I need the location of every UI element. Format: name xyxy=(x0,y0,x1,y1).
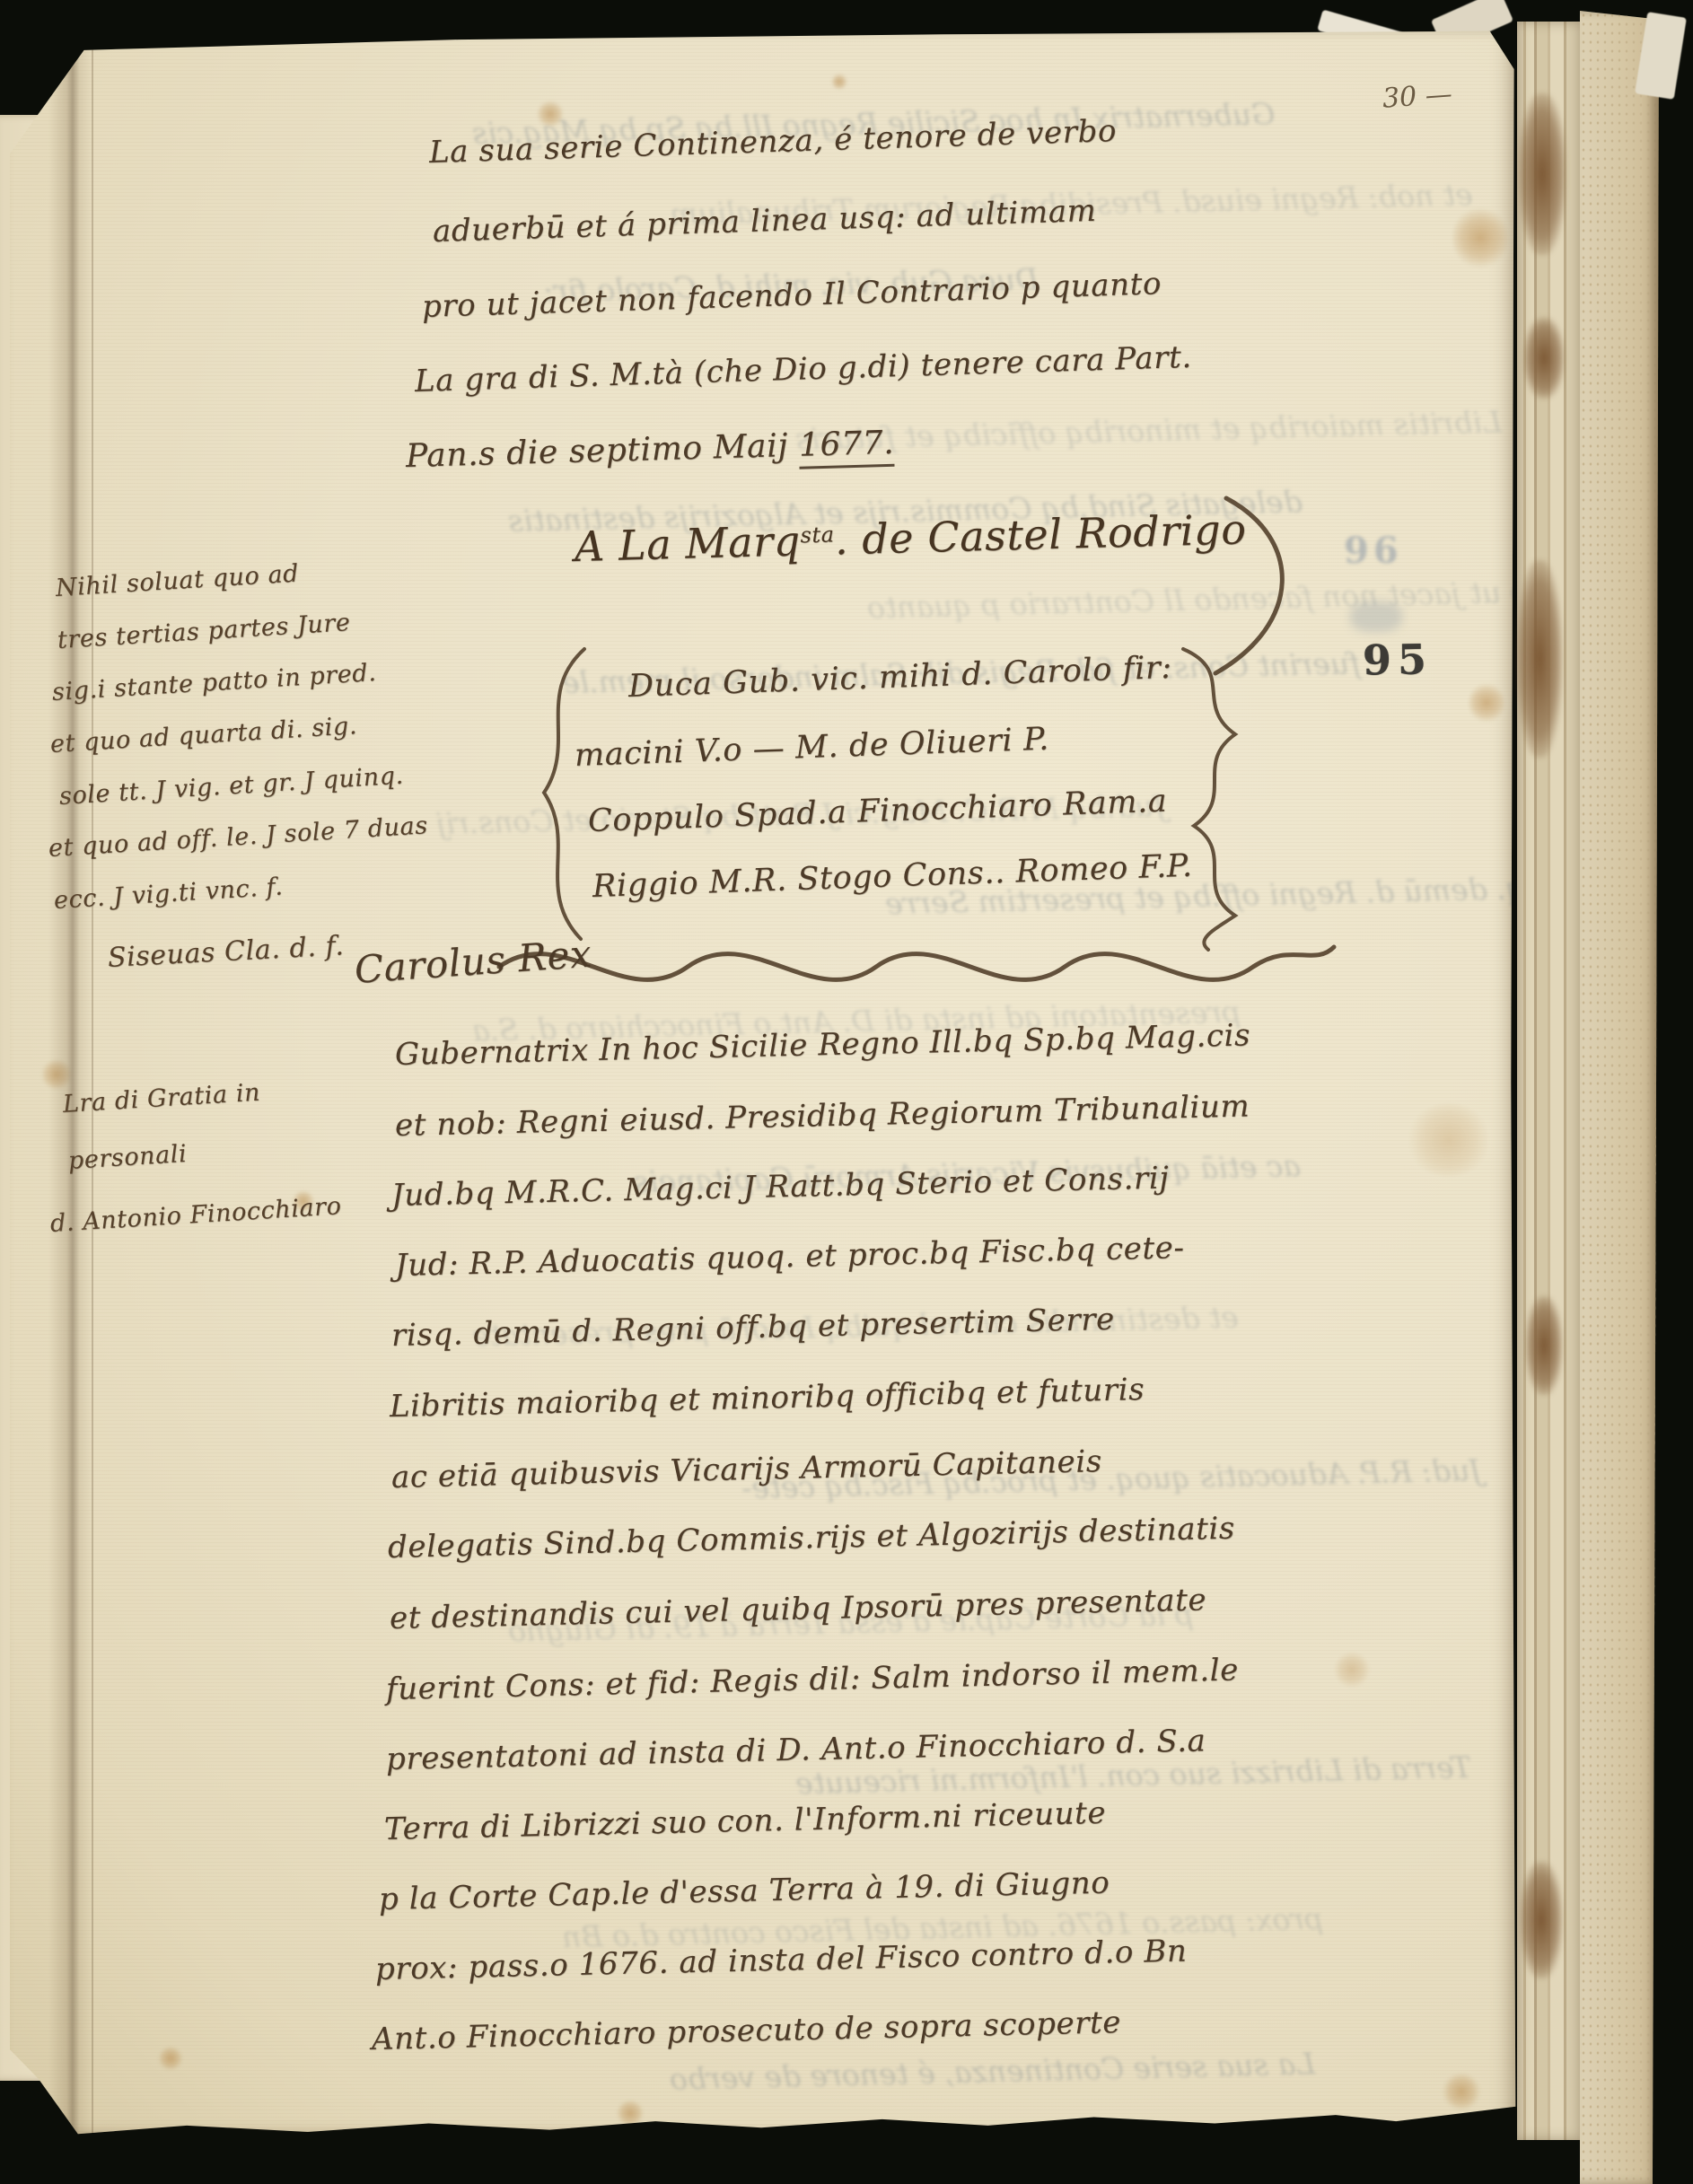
photograph-backdrop: { "folio": { "handwritten_number": "30 —… xyxy=(0,0,1693,2184)
flourish-right-brace xyxy=(1156,645,1259,954)
foxing-spot xyxy=(158,2047,183,2070)
manuscript-line: Jud: R.P. Aduocatis quoq. et proc.bq Fis… xyxy=(395,1230,1185,1284)
manuscript-line: et quo ad quarta di. sig. xyxy=(49,712,358,759)
ink-stain xyxy=(1517,560,1562,758)
foxing-spot xyxy=(1442,2074,1481,2109)
foxing-spot xyxy=(1334,1652,1370,1688)
folio-number-handwritten: 30 — xyxy=(1382,78,1453,114)
heading-text: A La Marq xyxy=(574,516,801,571)
foxing-spot xyxy=(537,101,564,127)
manuscript-line: et quo ad off. le. J sole 7 duas xyxy=(48,811,429,863)
manuscript-line: La gra di S. M.tà (che Dio g.di) tenere … xyxy=(414,339,1192,399)
manuscript-page: Gubernatrix In hoc Sicilie Regno Ill.bq … xyxy=(5,27,1517,2138)
page-edge-stack xyxy=(1517,22,1580,2140)
manuscript-line: tres tertias partes Jure xyxy=(57,609,351,654)
foxing-spot xyxy=(1452,206,1508,269)
manuscript-line: d. Antonio Finocchiaro xyxy=(49,1192,342,1238)
manuscript-line: ecc. J vig.ti vnc. f. xyxy=(53,873,284,915)
manuscript-line: macini V.o — M. de Oliueri P. xyxy=(574,722,1049,774)
showthrough-text: Libritis maioribq et minoribq officibq e… xyxy=(795,404,1503,456)
foxing-spot xyxy=(41,1059,72,1090)
folio-number-stamp: 95 xyxy=(1363,635,1434,684)
flourish-left-brace xyxy=(522,645,593,945)
folio-number-showthrough-blob xyxy=(1350,601,1402,632)
date-year-underlined: 1677. xyxy=(798,425,894,469)
heading-superscript: sta xyxy=(800,522,835,548)
manuscript-line: Coppulo Spad.a Finocchiaro Ram.a xyxy=(587,783,1168,839)
manuscript-line: delegatis Sind.bq Commis.rijs et Algozir… xyxy=(388,1511,1236,1566)
foxing-spot xyxy=(616,2101,645,2126)
manuscript-line: et nob: Regni eiusd. Presidibq Regiorum … xyxy=(395,1088,1250,1144)
manuscript-line: Terra di Librizzi suo con. l'Inform.ni r… xyxy=(384,1795,1107,1847)
ink-stain xyxy=(1526,1296,1562,1395)
date-text: Pan.s die septimo Maij xyxy=(405,427,799,475)
folio-number-showthrough: 96 xyxy=(1344,530,1403,572)
foxing-spot xyxy=(1406,1104,1492,1176)
foxing-spot xyxy=(831,74,847,90)
margin-signature: Siseuas Cla. d. f. xyxy=(107,930,345,974)
manuscript-line: sig.i stante patto in pred. xyxy=(51,659,377,706)
foxing-spot xyxy=(1469,682,1504,724)
ink-stain xyxy=(1524,318,1564,399)
manuscript-line: Libritis maioribq et minoribq officibq e… xyxy=(390,1372,1145,1425)
manuscript-line: Ant.o Finocchiaro prosecuto de sopra sco… xyxy=(372,2004,1122,2057)
manuscript-line: fuerint Cons: et fid: Regis dil: Salm in… xyxy=(386,1652,1240,1707)
ink-stain xyxy=(1521,1862,1562,1978)
heading-text: . de Castel Rodrigo xyxy=(834,504,1247,564)
ink-stain xyxy=(1519,93,1566,255)
manuscript-line: sole tt. J vig. et gr. J quinq. xyxy=(58,762,404,811)
date-line: Pan.s die septimo Maij 1677. xyxy=(405,425,894,475)
flourish-underline xyxy=(490,911,1343,1028)
showthrough-text: La sua serie Continenza, é tenore de ver… xyxy=(670,2046,1316,2097)
manuscript-line: Jud.bq M.R.C. Mag.ci J Ratt.bq Sterio et… xyxy=(391,1160,1170,1214)
manuscript-line: personali xyxy=(67,1140,188,1175)
showthrough-text: pro ut jacet non facendo Il Contrario p … xyxy=(867,574,1517,626)
parchment-cover-edge xyxy=(1580,11,1659,2184)
gutter-crease xyxy=(92,27,93,2138)
